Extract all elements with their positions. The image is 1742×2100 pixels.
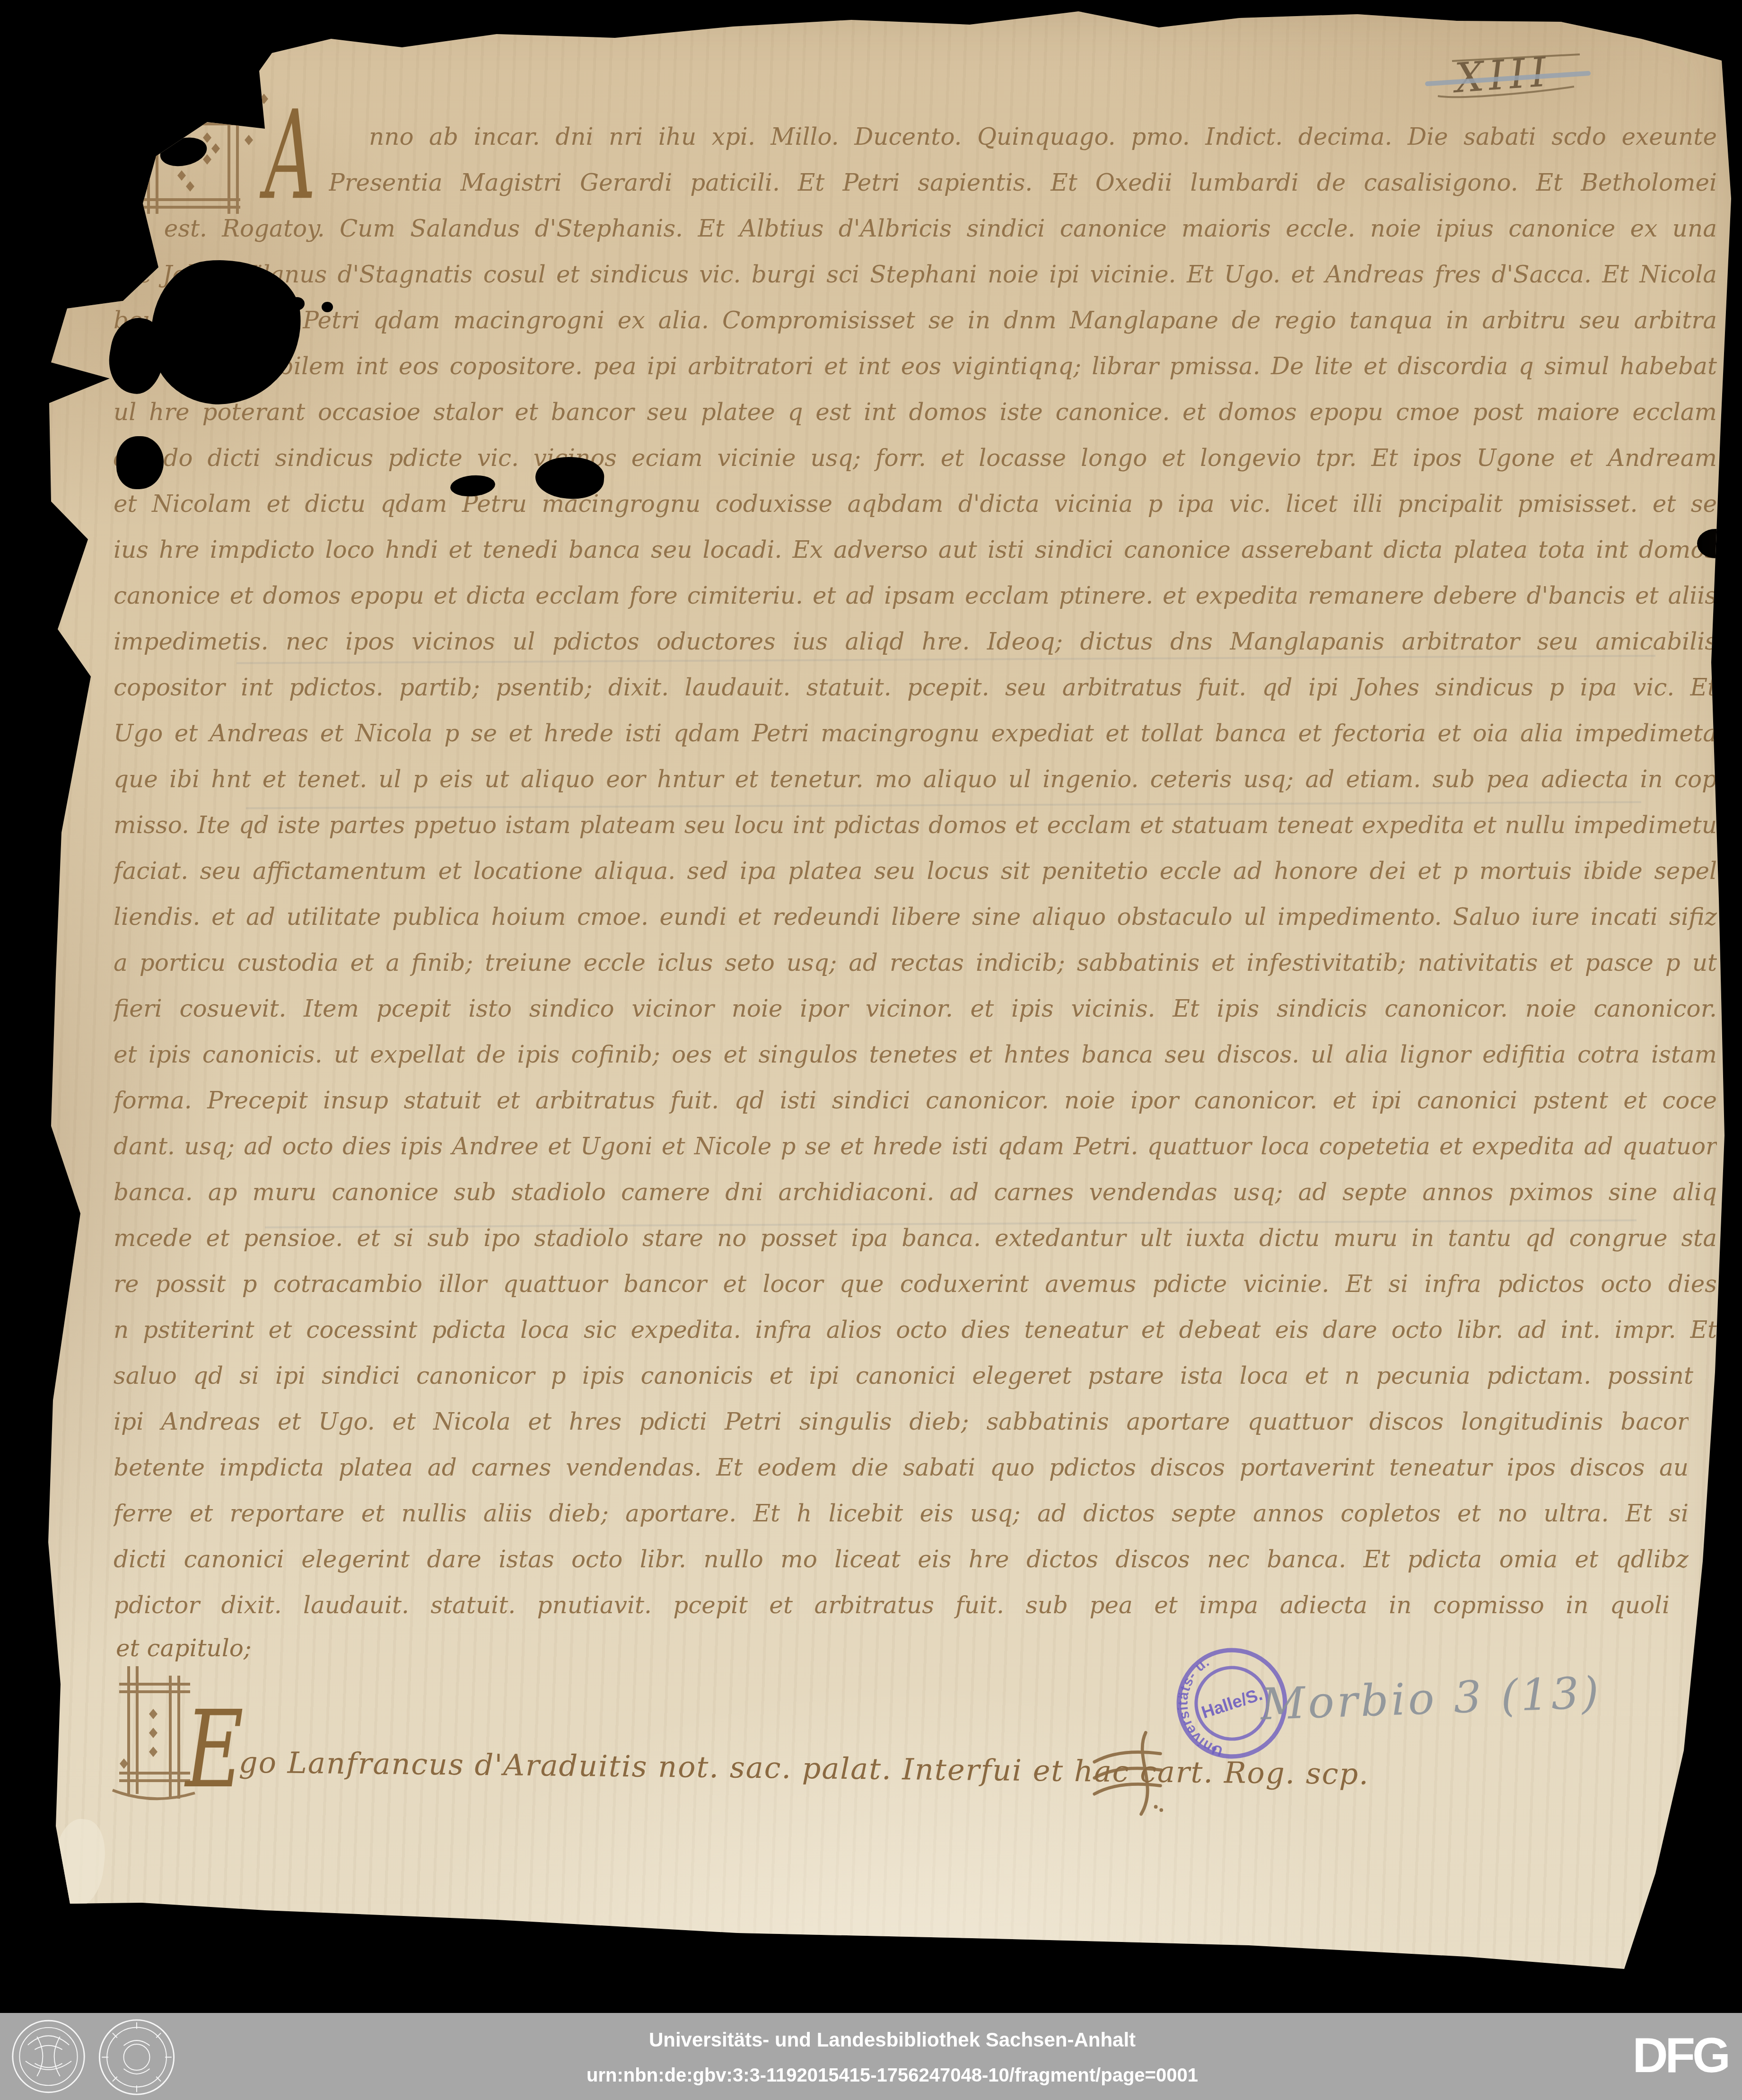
decorated-initial-a: A: [265, 100, 315, 211]
manuscript-text-line: que ibi hnt et tenet. ul p eis ut aliquo…: [114, 761, 1717, 799]
manuscript-text-line: ste est. Rogatoy. Cum Salandus d'Stephan…: [114, 210, 1717, 248]
manuscript-text-line: ius hre impdicto loco hndi et tenedi ban…: [114, 531, 1717, 569]
manuscript-text-line: pdictor dixit. laudauit. statuit. pnutia…: [114, 1587, 1670, 1625]
damage-hole: [116, 436, 164, 489]
damage-hole: [322, 302, 333, 312]
crossed-out-folio-group: XIII: [1424, 45, 1594, 106]
dfg-logo: DFG: [1632, 2031, 1728, 2080]
manuscript-text-line: et ipis canonicis. ut expellat de ipis c…: [114, 1036, 1717, 1074]
manuscript-text-line: impedimetis. nec ipos vicinos ul pdictos…: [114, 623, 1717, 661]
manuscript-text-line: beus et hrede Petri qdam macingrogni ex …: [114, 302, 1717, 340]
manuscript-text-line: n pstiterint et cocessint pdicta loca si…: [114, 1311, 1717, 1349]
manuscript-text-line: saluo qd si ipi sindici canonicor p ipis…: [114, 1357, 1693, 1395]
manuscript-text-line: canonice et domos epopu et dicta ecclam …: [114, 577, 1717, 615]
manuscript-text-line: dicti canonici elegerint dare istas octo…: [114, 1541, 1689, 1579]
manuscript-text-line: ipi Andreas et Ugo. et Nicola et hres pd…: [114, 1403, 1689, 1441]
manuscript-text-line: liendis. et ad utilitate publica hoium c…: [114, 898, 1717, 936]
manuscript-text-line: banca. ap muru canonice sub stadiolo cam…: [114, 1174, 1717, 1212]
parchment-sheet: A nno ab incar. dni nri ihu xpi. Millo. …: [0, 0, 1742, 2100]
manuscript-text-line: copositor int pdictos. partib; psentib; …: [114, 669, 1717, 707]
manuscript-text-line: a porticu custodia et a finib; treiune e…: [114, 944, 1717, 982]
manuscript-text-line: forma. Precepit insup statuit et arbitra…: [114, 1082, 1717, 1120]
stamp-center-text: Halle/S.: [1199, 1684, 1265, 1722]
damage-hole: [289, 297, 305, 310]
library-seal-icon: [95, 2017, 179, 2098]
manuscript-text-line: tore et amicabilem int eos copositore. p…: [114, 348, 1717, 386]
notary-sign-bottom-icon: [110, 1661, 197, 1803]
manuscript-text-line: faciat. seu affictamentum et locatione a…: [114, 852, 1717, 890]
pencil-shelfmark: Morbio 3 (13): [1260, 1671, 1602, 1726]
manuscript-text-line: ferre et reportare et nullis aliis dieb;…: [114, 1495, 1689, 1533]
manuscript-text-line: Presentia Magistri Gerardi paticili. Et …: [329, 164, 1717, 202]
manuscript-text-line: ul hre poterant occasioe stalor et banco…: [114, 394, 1717, 431]
manuscript-text-line: et Nicolam et dictu qdam Petru macingrog…: [114, 485, 1717, 523]
manuscript-text-line: dicedo dicti sindicus pdicte vic. vicino…: [114, 439, 1717, 477]
university-seal-icon: [9, 2017, 88, 2096]
manuscript-text-line: mcede et pensioe. et si sub ipo stadiolo…: [114, 1220, 1717, 1257]
damage-hole: [1697, 529, 1734, 558]
footer-urn: urn:nbn:de:gbv:3:3-1192015415-1756247048…: [587, 2066, 1198, 2085]
footer-library-name: Universitäts- und Landesbibliothek Sachs…: [649, 2030, 1136, 2050]
scan-stage: A nno ab incar. dni nri ihu xpi. Millo. …: [0, 0, 1742, 2100]
decorated-initial-e: E: [185, 1702, 244, 1798]
notary-sign-top-icon: [136, 80, 278, 222]
manuscript-text-line: Ugo et Andreas et Nicola p se et hrede i…: [114, 715, 1717, 753]
manuscript-text-line: misso. Ite qd iste partes ppetuo istam p…: [114, 807, 1717, 844]
manuscript-text-line: betente impdicta platea ad carnes venden…: [114, 1449, 1689, 1487]
manuscript-text-line: dant. usq; ad octo dies ipis Andree et U…: [114, 1128, 1717, 1166]
footer-bar: Universitäts- und Landesbibliothek Sachs…: [0, 2013, 1742, 2100]
manuscript-text-line: fieri cosuevit. Item pcepit isto sindico…: [114, 990, 1717, 1028]
torn-corner-flap: [49, 1816, 109, 1909]
manuscript-text-line: pte Johes Vilanus d'Stagnatis cosul et s…: [114, 256, 1717, 294]
manuscript-text-line: re possit p cotracambio illor quattuor b…: [114, 1265, 1717, 1303]
notary-flourish-icon: [1092, 1730, 1165, 1817]
manuscript-text-line: nno ab incar. dni nri ihu xpi. Millo. Du…: [369, 118, 1717, 156]
